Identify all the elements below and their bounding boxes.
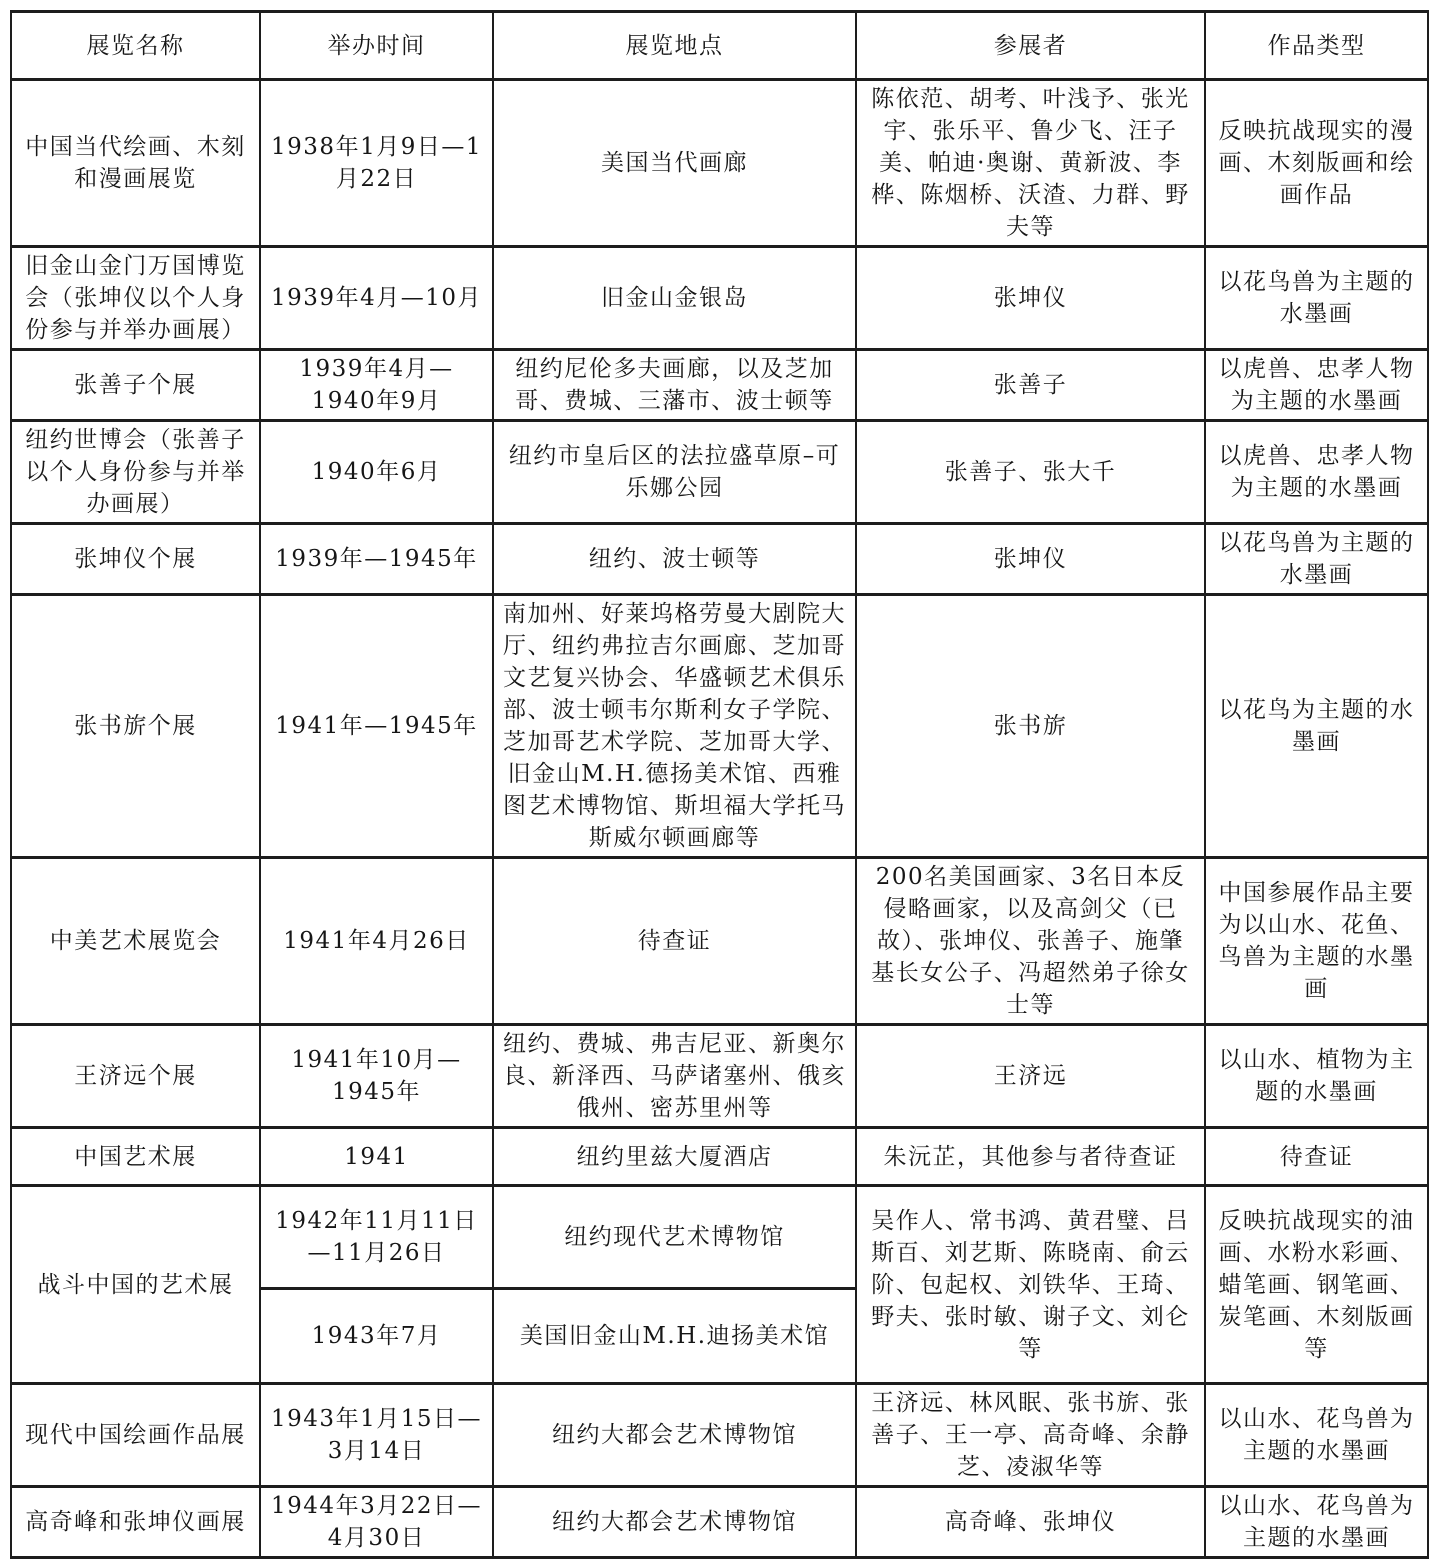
cell-work-type: 反映抗战现实的油画、水粉水彩画、蜡笔画、钢笔画、炭笔画、木刻版画等	[1205, 1186, 1428, 1384]
cell-time: 1941年10月—1945年	[260, 1025, 493, 1128]
cell-location: 南加州、好莱坞格劳曼大剧院大厅、纽约弗拉吉尔画廊、芝加哥文艺复兴协会、华盛顿艺术…	[493, 595, 856, 858]
cell-work-type: 以山水、植物为主题的水墨画	[1205, 1025, 1428, 1128]
cell-exhibition-name: 中国当代绘画、木刻和漫画展览	[11, 80, 260, 247]
cell-time: 1940年6月	[260, 421, 493, 524]
cell-participants: 王济远	[856, 1025, 1205, 1128]
cell-time: 1939年4月—1940年9月	[260, 350, 493, 421]
table-row: 纽约世博会（张善子以个人身份参与并举办画展） 1940年6月 纽约市皇后区的法拉…	[11, 421, 1428, 524]
cell-location: 旧金山金银岛	[493, 247, 856, 350]
table-row: 高奇峰和张坤仪画展 1944年3月22日—4月30日 纽约大都会艺术博物馆 高奇…	[11, 1487, 1428, 1558]
cell-location: 美国当代画廊	[493, 80, 856, 247]
cell-exhibition-name: 张善子个展	[11, 350, 260, 421]
cell-location: 美国旧金山M.H.迪扬美术馆	[493, 1289, 856, 1384]
table-row: 中国当代绘画、木刻和漫画展览 1938年1月9日—1月22日 美国当代画廊 陈依…	[11, 80, 1428, 247]
cell-location: 纽约大都会艺术博物馆	[493, 1384, 856, 1487]
cell-exhibition-name: 中美艺术展览会	[11, 858, 260, 1025]
cell-time: 1943年1月15日—3月14日	[260, 1384, 493, 1487]
cell-time: 1944年3月22日—4月30日	[260, 1487, 493, 1558]
cell-time: 1942年11月11日—11月26日	[260, 1186, 493, 1289]
cell-exhibition-name: 中国艺术展	[11, 1128, 260, 1186]
cell-work-type: 以虎兽、忠孝人物为主题的水墨画	[1205, 350, 1428, 421]
column-header-work-type: 作品类型	[1205, 12, 1428, 80]
cell-location: 纽约现代艺术博物馆	[493, 1186, 856, 1289]
cell-work-type: 中国参展作品主要为以山水、花鱼、鸟兽为主题的水墨画	[1205, 858, 1428, 1025]
table-row: 王济远个展 1941年10月—1945年 纽约、费城、弗吉尼亚、新奥尔良、新泽西…	[11, 1025, 1428, 1128]
table-row: 张善子个展 1939年4月—1940年9月 纽约尼伦多夫画廊，以及芝加哥、费城、…	[11, 350, 1428, 421]
column-header-location: 展览地点	[493, 12, 856, 80]
cell-participants: 张坤仪	[856, 524, 1205, 595]
cell-time: 1939年4月—10月	[260, 247, 493, 350]
cell-location: 纽约、波士顿等	[493, 524, 856, 595]
cell-work-type: 以花鸟兽为主题的水墨画	[1205, 247, 1428, 350]
cell-participants: 吴作人、常书鸿、黄君璧、吕斯百、刘艺斯、陈晓南、俞云阶、包起权、刘铁华、王琦、野…	[856, 1186, 1205, 1384]
cell-exhibition-name: 旧金山金门万国博览会（张坤仪以个人身份参与并举办画展）	[11, 247, 260, 350]
cell-time: 1941	[260, 1128, 493, 1186]
table-row: 中国艺术展 1941 纽约里兹大厦酒店 朱沅芷，其他参与者待查证 待查证	[11, 1128, 1428, 1186]
cell-participants: 王济远、林风眠、张书旂、张善子、王一亭、高奇峰、余静芝、凌淑华等	[856, 1384, 1205, 1487]
cell-participants: 朱沅芷，其他参与者待查证	[856, 1128, 1205, 1186]
cell-exhibition-name: 战斗中国的艺术展	[11, 1186, 260, 1384]
table-header-row: 展览名称 举办时间 展览地点 参展者 作品类型	[11, 12, 1428, 80]
cell-work-type: 反映抗战现实的漫画、木刻版画和绘画作品	[1205, 80, 1428, 247]
cell-participants: 张书旂	[856, 595, 1205, 858]
cell-time: 1939年—1945年	[260, 524, 493, 595]
table-row: 战斗中国的艺术展 1942年11月11日—11月26日 纽约现代艺术博物馆 吴作…	[11, 1186, 1428, 1289]
cell-exhibition-name: 王济远个展	[11, 1025, 260, 1128]
table-row: 中美艺术展览会 1941年4月26日 待查证 200名美国画家、3名日本反侵略画…	[11, 858, 1428, 1025]
cell-exhibition-name: 纽约世博会（张善子以个人身份参与并举办画展）	[11, 421, 260, 524]
column-header-time: 举办时间	[260, 12, 493, 80]
cell-time: 1938年1月9日—1月22日	[260, 80, 493, 247]
cell-location: 待查证	[493, 858, 856, 1025]
cell-location: 纽约、费城、弗吉尼亚、新奥尔良、新泽西、马萨诸塞州、俄亥俄州、密苏里州等	[493, 1025, 856, 1128]
cell-work-type: 待查证	[1205, 1128, 1428, 1186]
cell-participants: 张坤仪	[856, 247, 1205, 350]
cell-location: 纽约大都会艺术博物馆	[493, 1487, 856, 1558]
cell-location: 纽约里兹大厦酒店	[493, 1128, 856, 1186]
cell-participants: 高奇峰、张坤仪	[856, 1487, 1205, 1558]
cell-participants: 张善子、张大千	[856, 421, 1205, 524]
cell-participants: 200名美国画家、3名日本反侵略画家，以及高剑父（已故）、张坤仪、张善子、施肇基…	[856, 858, 1205, 1025]
cell-time: 1943年7月	[260, 1289, 493, 1384]
cell-work-type: 以山水、花鸟兽为主题的水墨画	[1205, 1487, 1428, 1558]
column-header-participants: 参展者	[856, 12, 1205, 80]
cell-participants: 张善子	[856, 350, 1205, 421]
cell-work-type: 以花鸟为主题的水墨画	[1205, 595, 1428, 858]
table-row: 张书旂个展 1941年—1945年 南加州、好莱坞格劳曼大剧院大厅、纽约弗拉吉尔…	[11, 595, 1428, 858]
cell-location: 纽约尼伦多夫画廊，以及芝加哥、费城、三藩市、波士顿等	[493, 350, 856, 421]
cell-work-type: 以山水、花鸟兽为主题的水墨画	[1205, 1384, 1428, 1487]
cell-work-type: 以虎兽、忠孝人物为主题的水墨画	[1205, 421, 1428, 524]
cell-exhibition-name: 现代中国绘画作品展	[11, 1384, 260, 1487]
column-header-exhibition-name: 展览名称	[11, 12, 260, 80]
cell-exhibition-name: 张坤仪个展	[11, 524, 260, 595]
cell-work-type: 以花鸟兽为主题的水墨画	[1205, 524, 1428, 595]
cell-exhibition-name: 张书旂个展	[11, 595, 260, 858]
cell-time: 1941年—1945年	[260, 595, 493, 858]
document-page: 展览名称 举办时间 展览地点 参展者 作品类型 中国当代绘画、木刻和漫画展览 1…	[0, 0, 1434, 1458]
table-row: 旧金山金门万国博览会（张坤仪以个人身份参与并举办画展） 1939年4月—10月 …	[11, 247, 1428, 350]
exhibitions-table: 展览名称 举办时间 展览地点 参展者 作品类型 中国当代绘画、木刻和漫画展览 1…	[10, 10, 1429, 1559]
cell-time: 1941年4月26日	[260, 858, 493, 1025]
table-row: 张坤仪个展 1939年—1945年 纽约、波士顿等 张坤仪 以花鸟兽为主题的水墨…	[11, 524, 1428, 595]
cell-location: 纽约市皇后区的法拉盛草原–可乐娜公园	[493, 421, 856, 524]
cell-exhibition-name: 高奇峰和张坤仪画展	[11, 1487, 260, 1558]
table-row: 现代中国绘画作品展 1943年1月15日—3月14日 纽约大都会艺术博物馆 王济…	[11, 1384, 1428, 1487]
cell-participants: 陈依范、胡考、叶浅予、张光宇、张乐平、鲁少飞、汪子美、帕迪·奥谢、黄新波、李桦、…	[856, 80, 1205, 247]
